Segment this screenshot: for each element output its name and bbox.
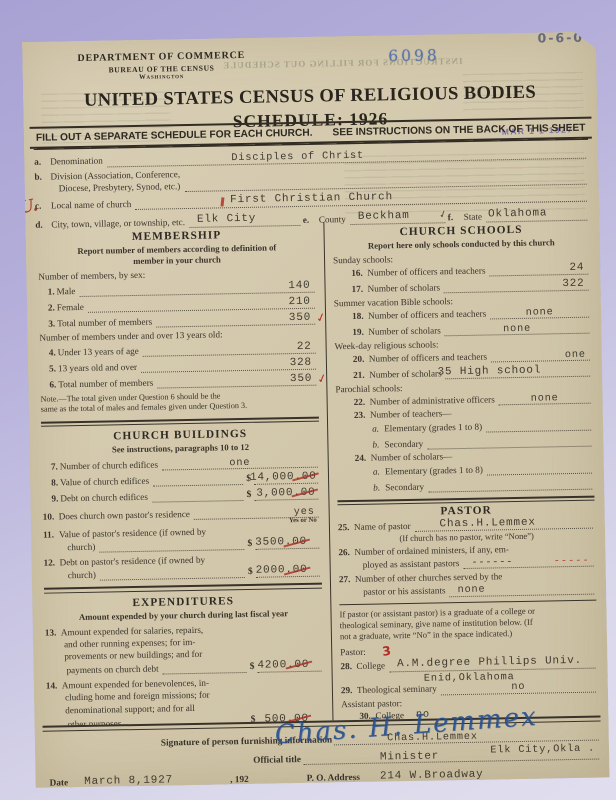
q8-cents-struck: .00 [294,471,316,485]
q17-answer-line[interactable]: 322 [444,279,589,294]
q2-female: 2. Female 210 [39,296,317,313]
q11-cents-struck: .00 [285,536,307,550]
q29-value: no [511,681,525,694]
q7-value: one [229,457,250,470]
q5-answer-line[interactable]: 328 [141,357,316,372]
form-columns: MEMBERSHIP Report number of members acco… [33,218,600,726]
q9-leader [152,489,244,503]
q20: 20. Number of officers and teachers one [353,348,592,364]
q25-value: Chas.H.Lemmex [439,517,535,532]
date-value: March 8,1927 [84,774,173,788]
q6-value: 350 [290,372,312,386]
q26-red-dashes: ----- [554,555,590,568]
q17-value: 322 [562,277,584,291]
q22-value: none [531,392,559,405]
q18: 18. Number of officers and teachers none [352,305,591,321]
official-title-value: Minister [380,750,439,763]
place-typed-value: Elk City,Okla . [490,743,595,757]
q24b-answer-line[interactable] [428,478,592,493]
q11-answer-line[interactable]: 3500.00 [255,537,319,550]
banner-right-text: SEE INSTRUCTIONS ON THE BACK OF THIS SHE… [332,123,585,139]
q29-answer-line[interactable]: no [441,680,596,695]
q23a-answer-line[interactable] [486,419,591,433]
q10-own-residence: 10. Does church own pastor's residence y… [43,506,321,523]
q6-total-members: 6. Total number of members 350 ✓ [40,373,318,390]
identification-fields: a. Denomination Disciples of Christ b. D… [34,144,589,231]
signature-section: Chas. H. Lemmex Signature of person furn… [43,716,602,800]
q20-answer-line[interactable]: one [491,349,590,363]
form-number-2: 11—9054 [147,790,174,797]
left-column: MEMBERSHIP Report number of members acco… [33,223,332,726]
q16-value: 24 [569,261,584,274]
red-handwritten-3: 3 [381,642,391,658]
form-number-1: 8—5518 a [56,791,85,799]
q23b-answer-line[interactable] [427,435,591,450]
q13-value: 4200 [257,659,287,672]
q1-value: 140 [288,279,310,293]
q24a: a. Elementary (grades 1 to 8) [373,462,594,478]
q27-answer-line[interactable]: none [449,582,594,597]
date-year-suffix: , 192 [230,774,249,784]
q6-answer-line[interactable]: 350 ✓ [157,373,316,388]
q4-answer-line[interactable]: 22 [143,341,316,356]
q9-answer-line[interactable]: 3,000.00 [254,488,318,501]
q5-value: 328 [290,356,312,370]
agency-block: DEPARTMENT OF COMMERCE BUREAU OF THE CEN… [56,50,267,84]
signature-typed-value: Chas.H.Lemmex [387,730,478,744]
q24b: b. Secondary [373,478,594,494]
q26-value: ------ [471,556,513,569]
q24a-answer-line[interactable] [487,462,592,476]
by-sex-heading: Number of members, by sex: [38,266,316,281]
q7-edifices: 7. Number of church edifices one [42,456,320,473]
census-schedule-form: INSTRUCTIONS FOR FILLING OUT SCHEDULE DE… [22,31,610,787]
q21-answer-line[interactable]: 35 High school [445,365,590,380]
local-name-line[interactable]: First Christian Church [135,189,587,209]
q8-value: 14,000 [250,471,295,484]
q12-answer-line[interactable]: 2000.00 [256,565,320,578]
local-name-value: First Christian Church [230,192,393,208]
expenditures-subheader: Amount expended by your church during la… [44,607,322,623]
q1-male: 1. Male 140 [38,280,316,297]
q3-value: 350 [289,311,311,325]
q21-value: 35 High school [437,364,541,379]
date-line[interactable]: March 8,1927 [70,773,228,788]
denomination-value: Disciples of Christ [231,150,364,165]
church-buildings-subheader: See instructions, paragraphs 10 to 12 [41,441,319,457]
membership-note: Note.—The total given under Question 6 s… [40,389,318,415]
q5-over-13: 5. 13 years old and over 328 [40,357,318,374]
po-address-line[interactable]: 214 W.Broadway [362,766,600,782]
right-column: CHURCH SCHOOLS Report here only schools … [323,218,600,721]
dollar-sign: $ [246,490,251,501]
q2-value: 210 [288,295,310,309]
q16: 16. Number of officers and teachers 24 [351,263,590,279]
q22-answer-line[interactable]: none [499,392,591,406]
q9-value: 3,000 [256,487,293,500]
q12-value: 2000 [256,564,286,577]
q27-value: none [457,584,485,597]
q20-value: one [565,348,586,361]
section-divider [41,416,319,427]
yes-or-no-hint: Yes or No [289,517,317,526]
q23a: a. Elementary (grades 1 to 8) [372,419,593,435]
age-heading: Number of members under and over 13 year… [39,327,317,342]
q4-under-13: 4. Under 13 years of age 22 [40,341,318,358]
q19: 19. Number of scholars none [352,321,591,337]
q7-answer-line[interactable]: one [162,456,318,471]
q8-leader [153,473,243,487]
q8-answer-line[interactable]: 14,000.00 [254,472,318,485]
q13-answer-line[interactable]: 4200.00 [257,660,321,673]
q2-answer-line[interactable]: 210 [88,296,315,312]
banner-left-text: FILL OUT A SEPARATE SCHEDULE FOR EACH CH… [36,128,313,144]
date-address-row: Date March 8,1927 , 192 P. O. Address 21… [49,766,601,788]
q16-answer-line[interactable]: 24 [489,263,588,277]
q18-value: none [526,306,554,319]
q17: 17. Number of scholars 322 [351,278,590,294]
q21: 21. Number of scholars 35 High school [353,364,592,380]
q12-leader [100,566,245,581]
church-schools-subheader: Report here only schools conducted by th… [333,237,590,253]
q18-answer-line[interactable]: none [490,306,589,320]
q10-answer-line[interactable]: yes Yes or No [194,506,319,520]
q12-cents-struck: .00 [285,564,307,578]
red-tick-mark [221,197,224,206]
q13-cents-struck: .00 [287,659,309,673]
graduate-instructions: If pastor (or assistant pastor) is a gra… [339,604,597,642]
q3-answer-line[interactable]: 350 ✓ [156,312,315,327]
q9-cents-struck: .00 [293,487,315,501]
q8-value-edifices: 8. Value of church edifices $ 14,000.00 [42,472,320,489]
q13-leader [163,661,247,675]
q19-value: none [503,322,531,335]
serial-number-stamp: 6098 [388,46,440,65]
q11-leader [99,538,244,553]
q4-value: 22 [297,340,312,353]
section-divider [44,583,322,594]
q1-answer-line[interactable]: 140 [79,280,314,296]
q26-answer-line[interactable]: ------ ----- [463,555,593,569]
po-address-value: 214 W.Broadway [380,768,484,782]
q3-total-members: 3. Total number of members 350 ✓ [39,312,317,329]
handwritten-code: 0-6-0 [537,30,584,46]
membership-subheader: Report number of members according to de… [38,242,316,269]
q9-debt-edifices: 9. Debt on church edifices $ 3,000.00 [42,488,320,505]
q11-value: 3500 [255,536,285,549]
q19-answer-line[interactable]: none [445,322,590,337]
